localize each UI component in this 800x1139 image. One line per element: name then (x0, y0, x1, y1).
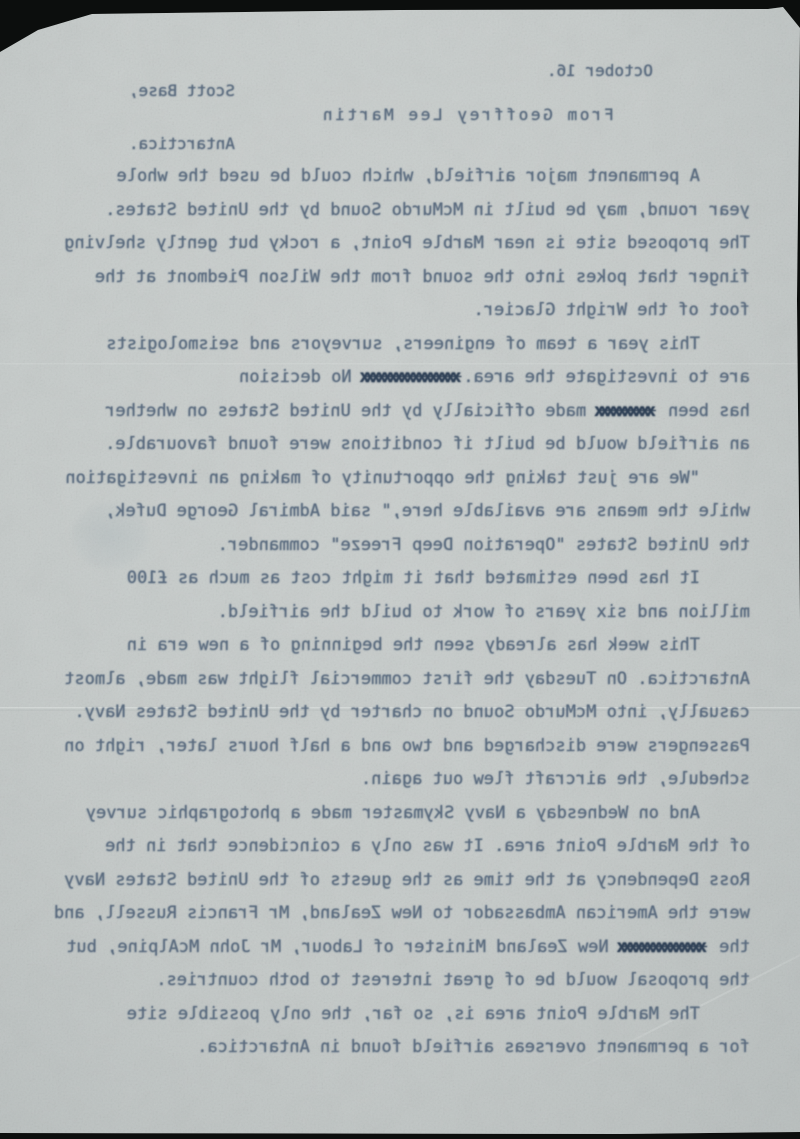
text-segment: are to investigate the area. (463, 367, 750, 387)
text-segment: A permanent major airfield, which could … (117, 166, 700, 186)
body-line: the xxxxxxxxxxxxxxx New Zealand Minister… (54, 931, 750, 965)
body-line: "We are just taking the opportunity of m… (54, 462, 750, 496)
paragraph: It has been estimated that it might cost… (54, 562, 750, 629)
location-line-1: Scott Base, (129, 82, 235, 100)
body-line: And on Wednesday a Navy Skymaster made a… (54, 797, 750, 831)
body-line: Antarctica. On Tuesday the first commerc… (54, 663, 750, 697)
body-line: schedule, the aircraft flew out again. (54, 763, 750, 797)
paragraph: This week has already seen the beginning… (54, 629, 750, 797)
text-segment: The proposed site is near Marble Point, … (64, 233, 750, 253)
body-line: has been xxxxxxxxxx made officially by t… (54, 395, 750, 429)
body-line: while the means are available here," sai… (54, 495, 750, 529)
text-segment: while the means are available here," sai… (105, 501, 750, 521)
text-segment: were the American Ambassador to New Zeal… (54, 903, 750, 923)
dateline: October 16. (547, 61, 653, 80)
typewriter-strikeout: xxxxxxxxxxxxxxx (621, 937, 707, 957)
body-line: of the Marble Point area. It was only a … (54, 830, 750, 864)
typewriter-strikeout: xxxxxxxxxx (599, 401, 656, 421)
text-segment: made officially by the United States on … (105, 401, 596, 421)
text-segment: finger that pokes into the sound from th… (95, 267, 750, 287)
body-line: year round, may be built in McMurdo Soun… (54, 194, 750, 228)
text-segment: Antarctica. On Tuesday the first commerc… (64, 669, 750, 689)
text-segment: year round, may be built in McMurdo Soun… (105, 200, 750, 220)
body-line: the proposal would be of great interest … (54, 964, 750, 998)
paragraph: This year a team of engineers, surveyors… (54, 328, 750, 462)
text-segment: for a permanent overseas airfield found … (197, 1037, 750, 1057)
text-segment: of the Marble Point area. It was only a … (105, 836, 750, 856)
paragraph: "We are just taking the opportunity of m… (54, 462, 750, 563)
body-line: This year a team of engineers, surveyors… (54, 328, 750, 362)
text-segment: an airfield would be built if conditions… (105, 434, 750, 454)
text-segment: the United States "Operation Deep Freeze… (218, 535, 750, 555)
text-segment: Passengers were discharged and two and a… (64, 736, 750, 756)
text-segment: This week has already seen the beginning… (127, 635, 700, 655)
body-line: the United States "Operation Deep Freeze… (54, 529, 750, 563)
body-line: are to investigate the area.xxxxxxxxxxxx… (54, 361, 750, 395)
text-segment: casually, into McMurdo Sound on charter … (74, 702, 750, 722)
text-segment: This year a team of engineers, surveyors… (106, 334, 700, 354)
body-line: an airfield would be built if conditions… (54, 428, 750, 462)
body-line: finger that pokes into the sound from th… (54, 261, 750, 295)
text-segment: New Zealand Minister of Labour, Mr John … (66, 937, 619, 957)
paragraph: The Marble Point area is, so far, the on… (54, 998, 750, 1065)
body-line: It has been estimated that it might cost… (54, 562, 750, 596)
mirrored-text-layer: Scott Base, Antarctica. October 16. From… (0, 0, 800, 1139)
scan-background: Scott Base, Antarctica. October 16. From… (0, 0, 800, 1139)
body-line: million and six years of work to build t… (54, 596, 750, 630)
text-segment: million and six years of work to build t… (218, 602, 750, 622)
text-segment: And on Wednesday a Navy Skymaster made a… (86, 803, 700, 823)
text-segment: Ross Dependency at the time as the guest… (64, 870, 750, 890)
body-line: The proposed site is near Marble Point, … (54, 227, 750, 261)
text-segment: The Marble Point area is, so far, the on… (127, 1004, 700, 1024)
body-line: This week has already seen the beginning… (54, 629, 750, 663)
body-line: casually, into McMurdo Sound on charter … (54, 696, 750, 730)
body-line: for a permanent overseas airfield found … (54, 1031, 750, 1065)
text-segment: No decision (239, 367, 362, 387)
text-segment: "We are just taking the opportunity of m… (65, 468, 700, 488)
text-segment: the proposal would be of great interest … (156, 970, 750, 990)
location-line-2: Antarctica. (129, 135, 235, 153)
body-line: A permanent major airfield, which could … (54, 160, 750, 194)
text-segment: has been (658, 401, 750, 421)
text-segment: the (709, 937, 750, 957)
text-segment: foot of the Wright Glacier. (474, 300, 750, 320)
body-line: foot of the Wright Glacier. (54, 294, 750, 328)
text-segment: schedule, the aircraft flew out again. (361, 769, 750, 789)
body-line: The Marble Point area is, so far, the on… (54, 998, 750, 1032)
paragraph: A permanent major airfield, which could … (54, 160, 750, 328)
text-segment: It has been estimated that it might cost… (127, 568, 700, 588)
paragraph: And on Wednesday a Navy Skymaster made a… (54, 797, 750, 998)
body-line: Ross Dependency at the time as the guest… (54, 864, 750, 898)
body-line: were the American Ambassador to New Zeal… (54, 897, 750, 931)
body-line: Passengers were discharged and two and a… (54, 730, 750, 764)
byline: From Geoffrey Lee Martin (320, 105, 614, 124)
letter-body: A permanent major airfield, which could … (54, 160, 750, 1065)
typewriter-strikeout: xxxxxxxxxxxxxxxxx (364, 367, 462, 387)
letter-page: Scott Base, Antarctica. October 16. From… (0, 0, 800, 1139)
